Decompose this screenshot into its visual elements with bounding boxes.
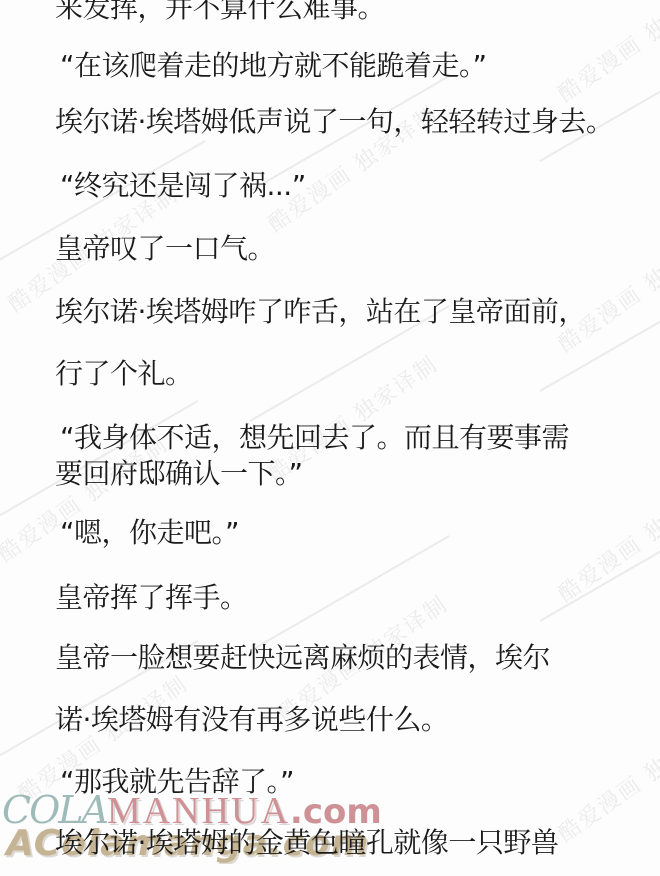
dialogue-line: “我身体不适，想先回去了。而且有要事需: [60, 423, 569, 453]
text-line: 皇帝一脸想要赶快远离麻烦的表情，埃尔: [55, 643, 550, 673]
text-line: 埃尔诺·埃塔姆低声说了一句，轻轻转过身去。: [55, 107, 613, 137]
text-line: 皇帝挥了挥手。: [55, 583, 248, 613]
text-line: 埃尔诺·埃塔姆的金黄色瞳孔就像一只野兽: [55, 828, 558, 858]
dialogue-line: “嗯，你走吧。”: [60, 518, 239, 548]
text-line: 皇帝叹了一口气。: [55, 234, 275, 264]
dialogue-line: “终究还是闯了祸...”: [60, 171, 306, 201]
text-line: 诺·埃塔姆有没有再多说些什么。: [55, 705, 448, 735]
background-watermark-text: 酷爱漫画 独家译制: [551, 218, 660, 359]
text-line: 行了个礼。: [55, 359, 193, 389]
text-line: 埃尔诺·埃塔姆咋了咋舌，站在了皇帝面前，: [55, 297, 586, 327]
manhua-text-page: 酷爱漫画 独家译制 酷爱漫画 独家译制 酷爱漫画 独家译制 酷爱漫画 独家译制 …: [0, 0, 660, 876]
background-watermark-text: 酷爱漫画 独家译制: [551, 0, 660, 108]
dialogue-line: “那我就先告辞了。”: [60, 767, 294, 797]
text-line: 来发挥，并不算什么难事。: [55, 0, 385, 23]
background-watermark-text: 酷爱漫画 独家译制: [551, 468, 660, 609]
dialogue-line: “在该爬着走的地方就不能跪着走。”: [60, 51, 487, 81]
background-watermark-text: 酷爱漫画 独家译制: [551, 708, 660, 849]
dialogue-line-continuation: 要回府邸确认一下。”: [55, 459, 303, 489]
